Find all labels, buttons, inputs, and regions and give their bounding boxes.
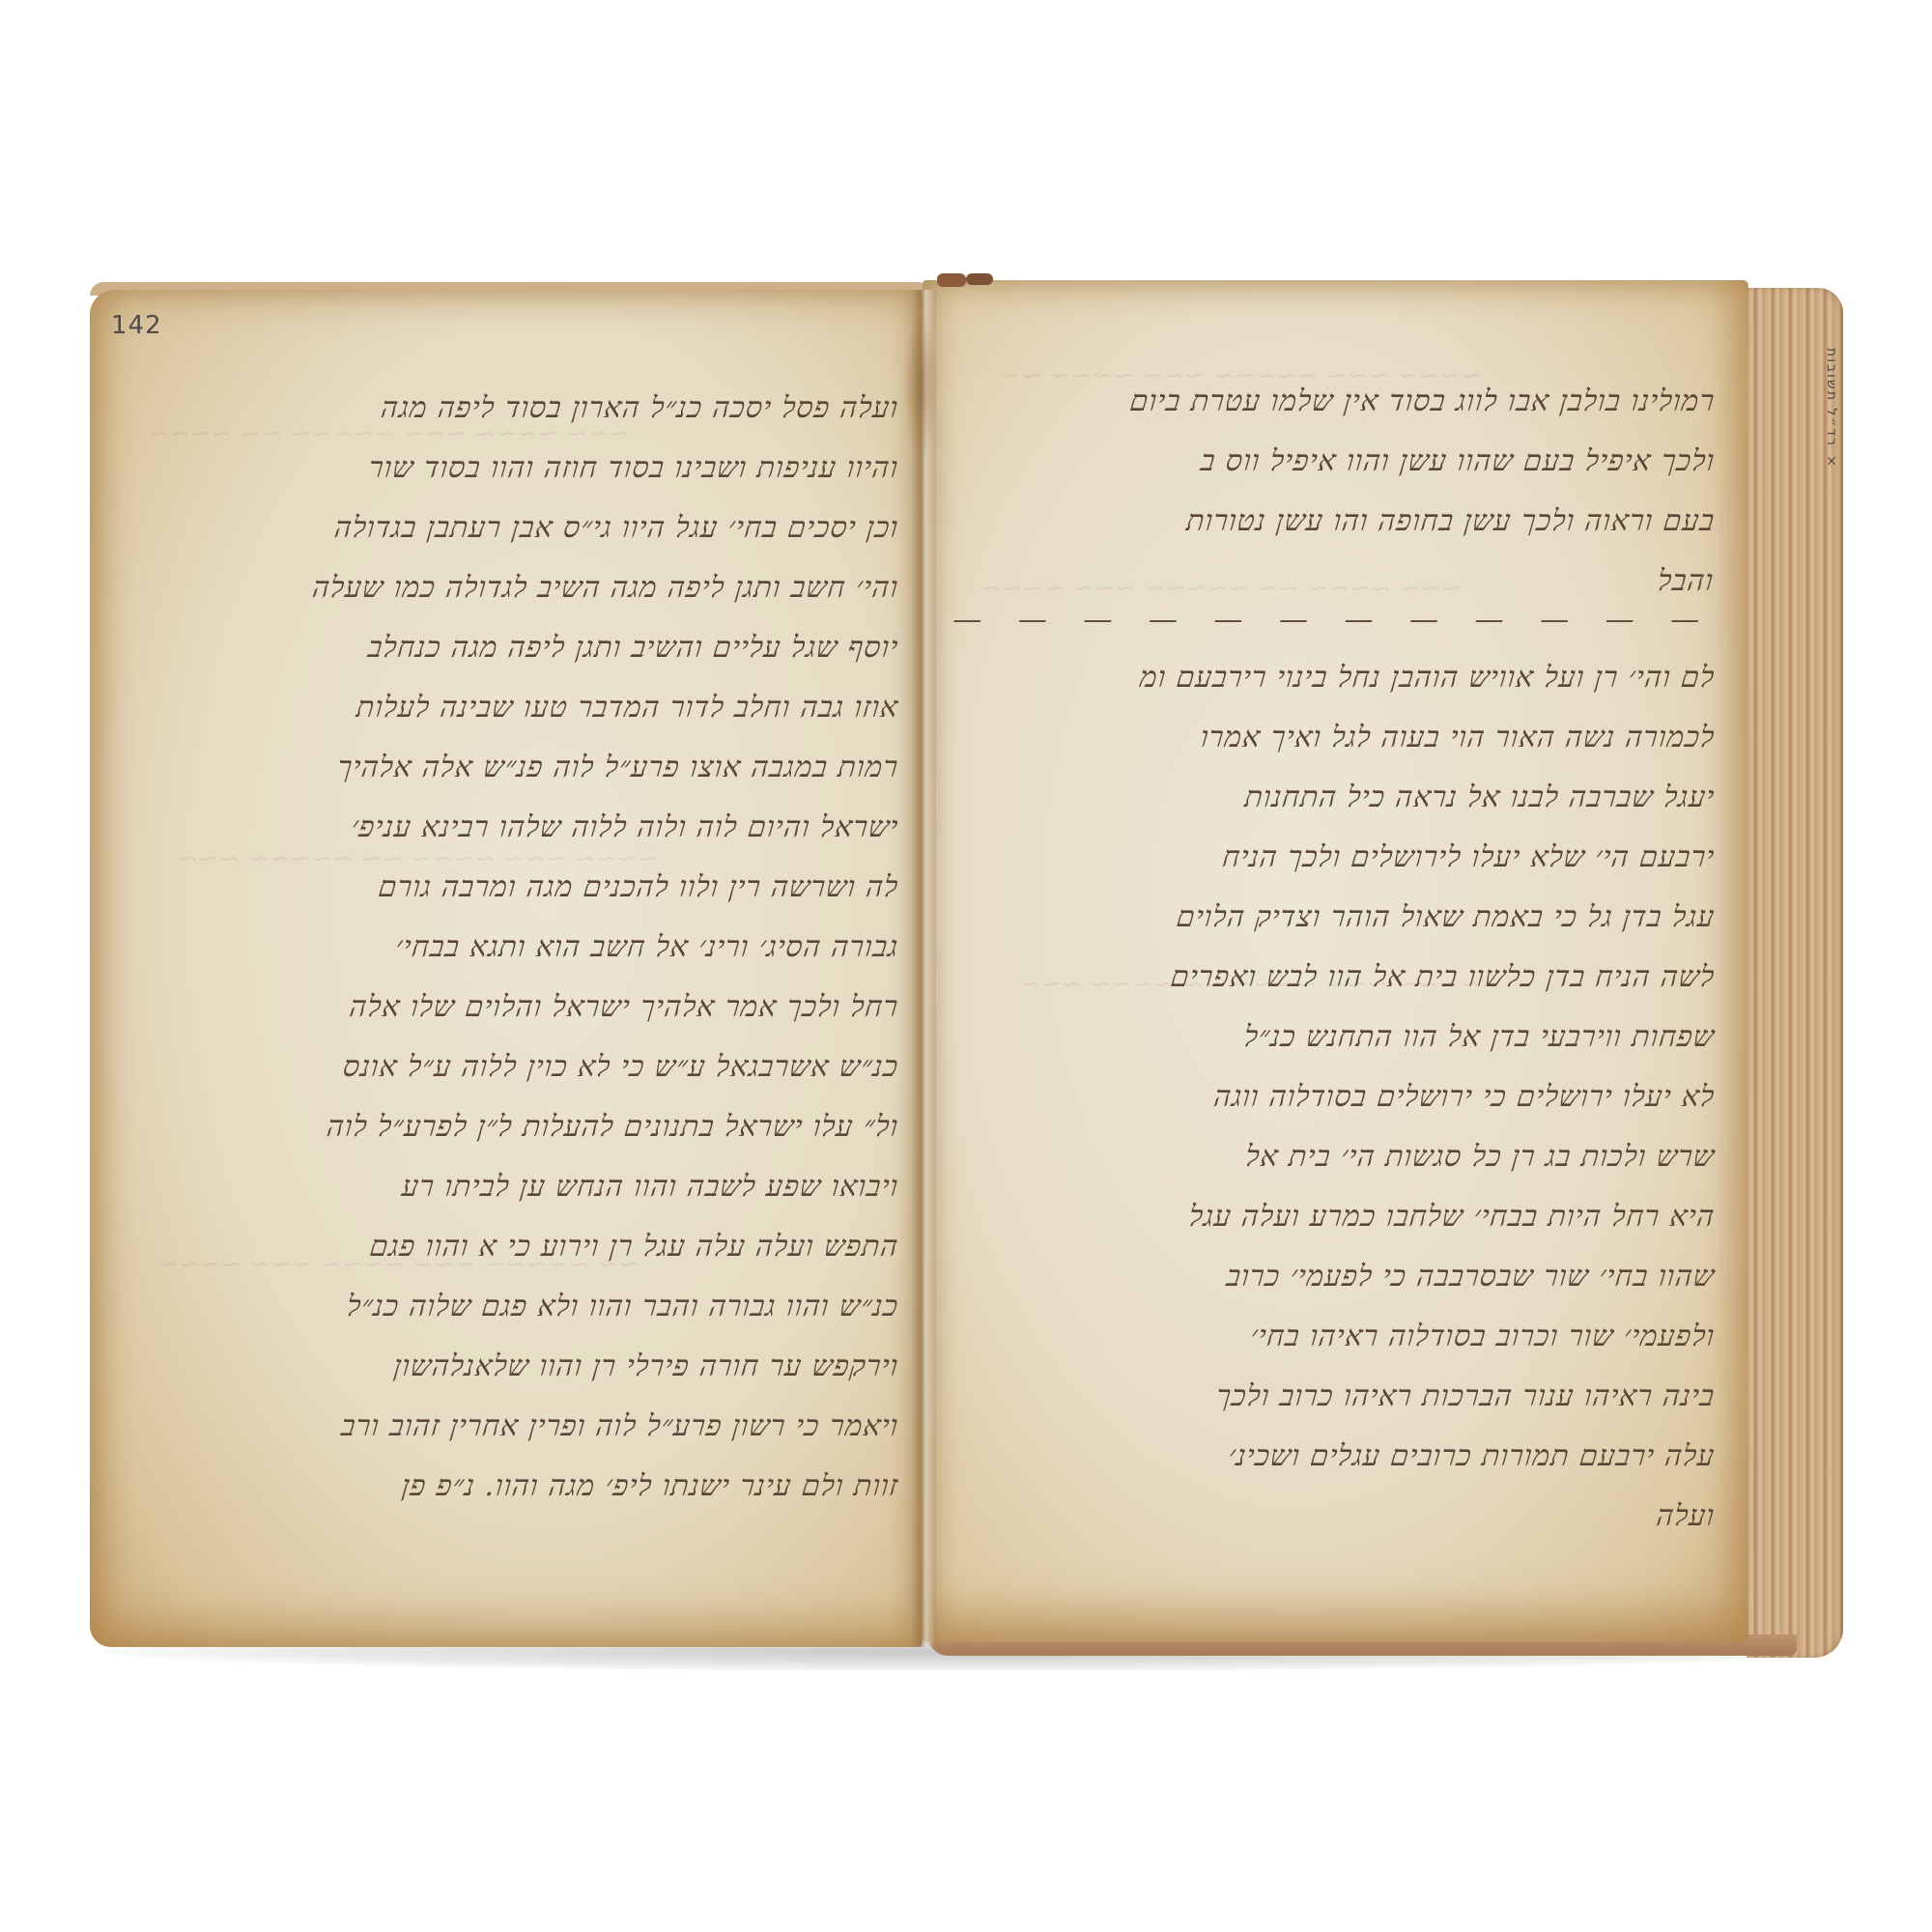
manuscript-line: לכמורה נשה האור הוי בעוה לגל ואיך אמרו [949, 708, 1719, 768]
manuscript-line: בינה ראיהו ענור הברכות ראיהו כרוב ולכך [949, 1367, 1719, 1427]
manuscript-line: והי׳ חשב ותגן ליפה מגה השיב לגדולה כמו ש… [142, 558, 902, 618]
manuscript-line: לא יעלו ירושלים כי ירושלים בסודלוה ווגה [949, 1067, 1719, 1127]
fore-edge-inscription: רד״ל תשובות × [1824, 348, 1839, 657]
manuscript-line: אוזו גבה וחלב לדור המדבר טעו שבינה לעלות [142, 678, 902, 738]
manuscript-line: ועלה [949, 1487, 1719, 1547]
manuscript-line: ול״ עלו ישראל בתנונים להעלות ל״ן לפרע״ל … [142, 1097, 902, 1157]
manuscript-line: ועלה פסל יסכה כנ״ל הארון בסוד ליפה מגה [142, 379, 902, 439]
manuscript-line: והבל [950, 552, 1717, 590]
manuscript-line: התפש ועלה עלה עגל רן וירוע כי א והוו פגם [142, 1217, 902, 1277]
gutter-stain [903, 314, 938, 459]
photo-scene: רד״ל תשובות × ~~~ ~~~~ ~~~ ~~~~~ ~~ ~~~~… [0, 0, 1932, 1932]
binding-thread [937, 273, 966, 287]
manuscript-line: עגל בדן גל כי באמת שאול הוהר וצדיק הלוים [949, 888, 1719, 948]
manuscript-line: ולפעמי׳ שור וכרוב בסודלוה ראיהו בחי׳ [949, 1307, 1719, 1367]
manuscript-line: שפחות ווירבעי בדן אל הוו התחנש כנ״ל [949, 1008, 1719, 1067]
right-page-text: רמולינו בולבן אבו לווג בסוד אין שלמו עטר… [952, 372, 1715, 1547]
manuscript-line: ישראל והיום לוה ולוה ללוה שלהו רבינא עני… [142, 798, 902, 858]
manuscript-line: ולכך איפיל בעם שהוו עשן והוו איפיל ווס ב [949, 432, 1719, 492]
manuscript-line: כנ״ש והוו גבורה והבר והוו ולא פגם שלוה כ… [142, 1277, 902, 1337]
manuscript-line: כנ״ש אשרבגאל ע״ש כי לא כוין ללוה ע״ל אונ… [142, 1037, 902, 1097]
manuscript-line: רחל ולכך אמר אלהיך ישראל והלוים שלו אלה [142, 978, 902, 1037]
left-page-text: ועלה פסל יסכה כנ״ל הארון בסוד ליפה מגה ו… [145, 379, 898, 1517]
binding-thread [966, 273, 993, 285]
manuscript-line: לשה הניח בדן כלשוו בית אל הוו לבש ואפרים [949, 948, 1719, 1008]
manuscript-line: ירבעם הי׳ שלא יעלו לירושלים ולכך הניח [949, 828, 1719, 888]
manuscript-line: בעם וראוה ולכך עשן בחופה והו עשן נטורות [949, 492, 1719, 552]
manuscript-line: שרש ולכות בג רן כל סגשות הי׳ בית אל [949, 1127, 1719, 1187]
manuscript-line: ויבואו שפע לשבה והוו הנחש ען לביתו רע [142, 1157, 902, 1217]
manuscript-line: שהוו בחי׳ שור שבסרבבה כי לפעמי׳ כרוב [949, 1247, 1719, 1307]
manuscript-line: לם והי׳ רן ועל אוויש הוהבן נחל בינוי ריר… [949, 648, 1719, 708]
manuscript-line: וכן יסכים בחי׳ עגל היוו גי״ס אבן רעתבן ב… [142, 498, 902, 558]
manuscript-line: לה ושרשה רין ולוו להכנים מגה ומרבה גורם [142, 858, 902, 918]
book-gutter [911, 290, 936, 1647]
manuscript-line: רמולינו בולבן אבו לווג בסוד אין שלמו עטר… [949, 372, 1719, 432]
folio-number: 142 [111, 311, 162, 340]
manuscript-line: זוות ולם עינר ישנתו ליפ׳ מגה והוו. נ״פ פ… [142, 1457, 902, 1517]
manuscript-line: יוסף שגל עליים והשיב ותגן ליפה מגה כנחלב [142, 618, 902, 678]
manuscript-line: היא רחל היות בבחי׳ שלחבו כמרע ועלה עגל [949, 1187, 1719, 1247]
manuscript-line: ויאמר כי רשון פרע״ל לוה ופרין אחרין זהוב… [142, 1397, 902, 1457]
manuscript-line: והיוו עניפות ושבינו בסוד חוזה והוו בסוד … [142, 439, 902, 498]
dash-separator: — — — — — — — — — — — — [949, 590, 1718, 648]
manuscript-line: עלה ירבעם תמורות כרובים עגלים ושכינ׳ [949, 1427, 1719, 1487]
manuscript-line: גבורה הסיג׳ ורינ׳ אל חשב הוא ותגא בבחי׳ [142, 918, 902, 978]
manuscript-line: וירקפש ער חורה פירלי רן והוו שלאנלהשון [142, 1337, 902, 1397]
manuscript-line: יעגל שברבה לבנו אל נראה כיל התחנות [949, 768, 1719, 828]
manuscript-line: רמות במגבה אוצו פרע״ל לוה פנ״ש אלה אלהיך [142, 738, 902, 798]
